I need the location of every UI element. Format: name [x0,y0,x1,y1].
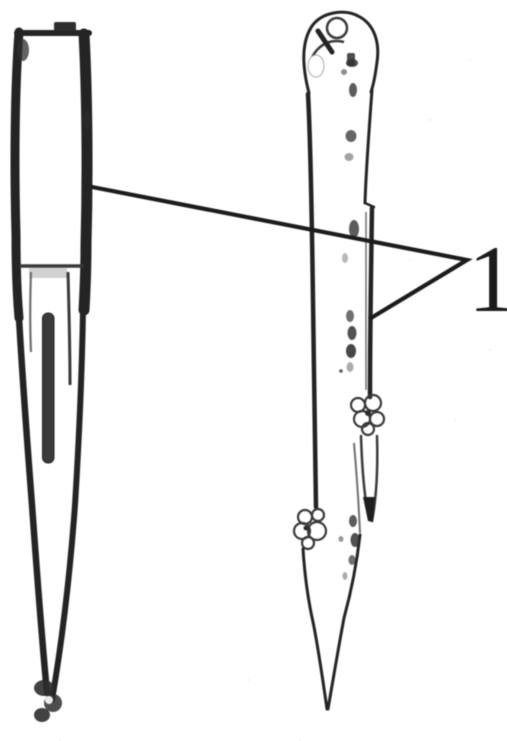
right-object-bar-outer-edge [370,208,372,397]
left-object-edge-blot [83,111,91,129]
scan-noise [59,59,491,741]
left-object-right-edge-lower [52,310,83,700]
right-object-head-highlight [308,55,324,77]
left-object-left-edge-upper [15,32,19,318]
right-object-taper-left-edge [303,549,327,709]
left-object-drawing [15,22,91,722]
left-object-right-edge-upper [84,34,87,310]
left-object-tip [34,680,62,722]
left-object-divider-shadow [29,268,67,278]
reference-label-1: 1 [468,226,507,332]
right-object-lower-knob [294,509,326,549]
right-object-left-edge [308,94,316,507]
leader-lines [92,187,467,318]
right-object-right-edge-upper [365,90,372,203]
left-object-inner-right-line [68,272,70,385]
figure-canvas: 1 [0,0,507,741]
leader-line-wedge [92,187,467,318]
right-object-head-loop [327,18,347,38]
right-object-drawing [294,12,384,709]
left-object-inner-left-line [30,272,31,352]
left-object-corner-blot [17,39,29,61]
right-object-upper-knob [351,395,384,435]
left-object-top-tab [54,22,76,31]
right-object-pointer-dark-fill [363,497,375,522]
right-object-marks [339,59,360,580]
patent-figure: 1 [0,0,507,741]
left-object-slot [43,313,55,463]
